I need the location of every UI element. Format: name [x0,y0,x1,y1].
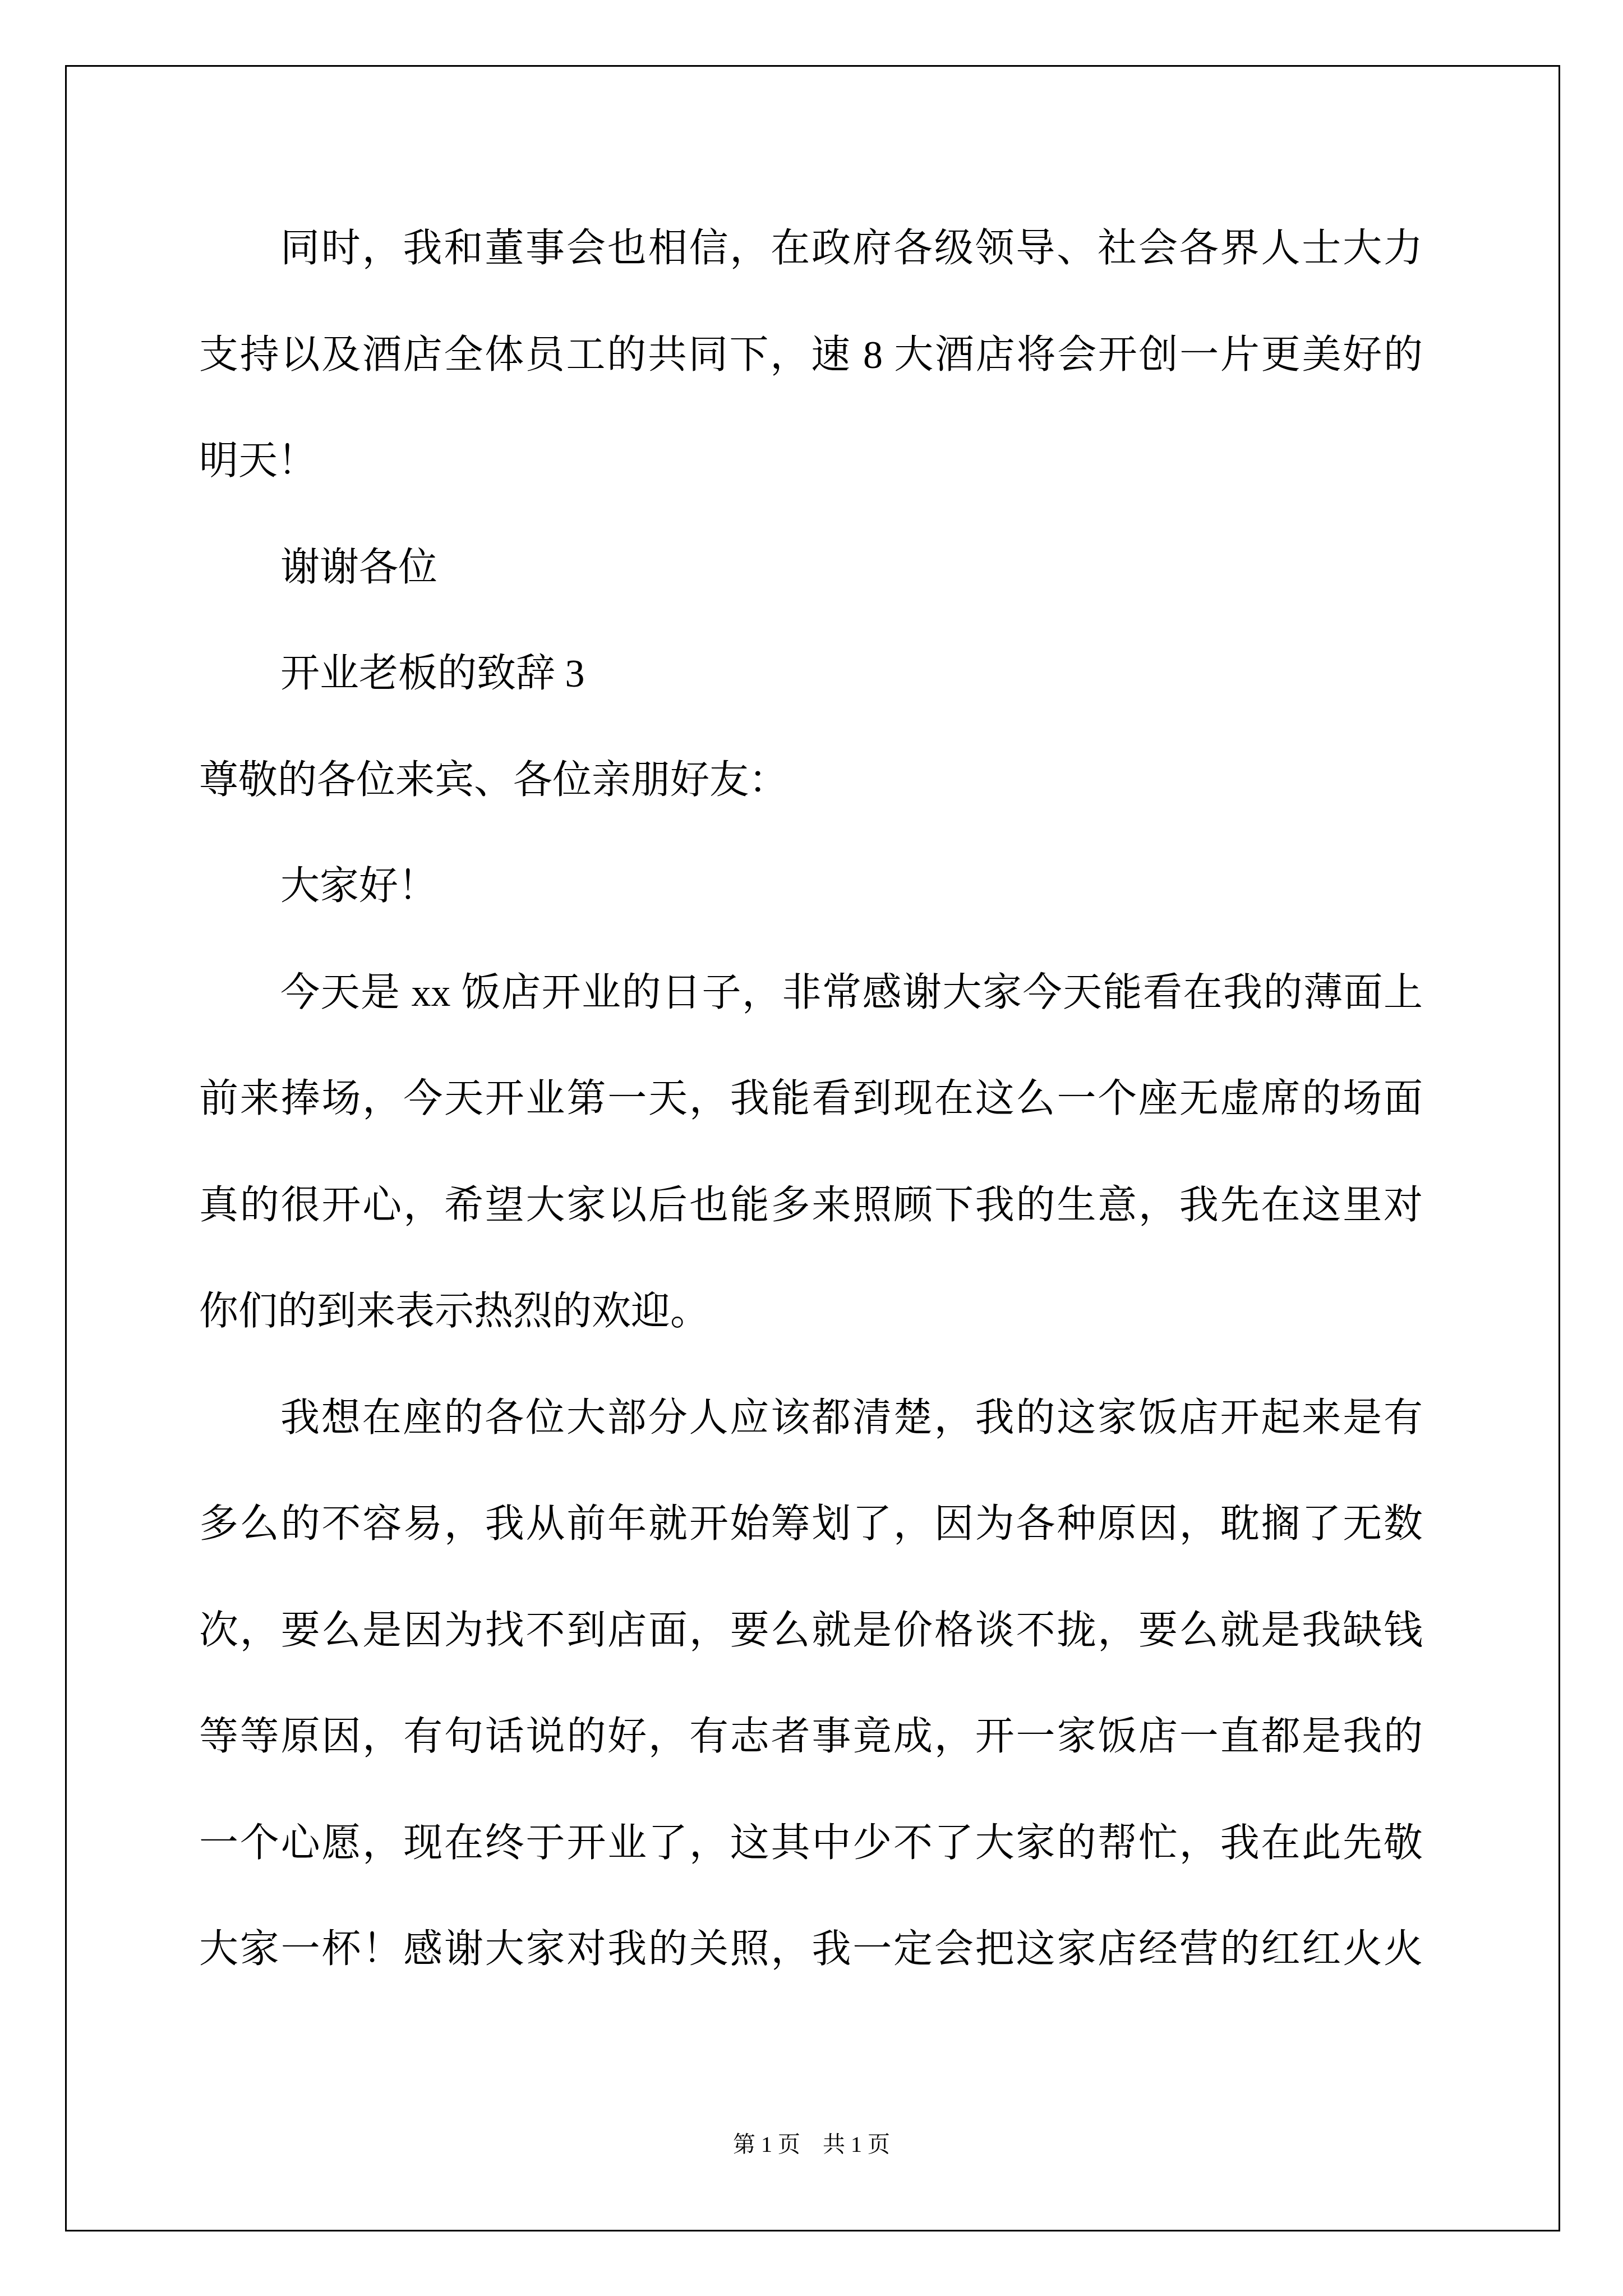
page-border [65,65,1560,2231]
paragraph-line: 等等原因，有句话说的好，有志者事竟成，开一家饭店一直都是我的 [199,1715,1423,1760]
paragraph-line: 真的很开心，希望大家以后也能多来照顾下我的生意，我先在这里对 [199,1184,1423,1228]
paragraph-line: 前来捧场，今天开业第一天，我能看到现在这么一个座无虚席的场面 [199,1077,1423,1122]
paragraph-line: 一个心愿，现在终于开业了，这其中少不了大家的帮忙，我在此先敬 [199,1821,1423,1866]
closing-line: 谢谢各位 [280,546,437,591]
paragraph-line: 你们的到来表示热烈的欢迎。 [199,1290,709,1335]
paragraph-line: 支持以及酒店全体员工的共同下，速 8 大酒店将会开创一片更美好的 [199,333,1423,378]
section-title: 开业老板的致辞 3 [280,652,585,697]
paragraph-line: 我想在座的各位大部分人应该都清楚，我的这家饭店开起来是有 [280,1396,1423,1441]
paragraph-line: 大家一杯！感谢大家对我的关照，我一定会把这家店经营的红红火火 [199,1927,1423,1972]
paragraph-line: 次，要么是因为找不到店面，要么就是价格谈不拢，要么就是我缺钱 [199,1609,1423,1654]
page-number-footer: 第 1 页 共 1 页 [671,2129,952,2160]
salutation: 尊敬的各位来宾、各位亲朋好友： [199,758,788,803]
paragraph-line: 今天是 xx 饭店开业的日子，非常感谢大家今天能看在我的薄面上 [280,971,1423,1016]
paragraph-line: 明天！ [199,439,317,484]
paragraph-line: 同时，我和董事会也相信，在政府各级领导、社会各界人士大力 [280,227,1423,272]
paragraph-line: 多么的不容易，我从前年就开始筹划了，因为各种原因，耽搁了无数 [199,1502,1423,1547]
greeting: 大家好！ [280,864,437,909]
